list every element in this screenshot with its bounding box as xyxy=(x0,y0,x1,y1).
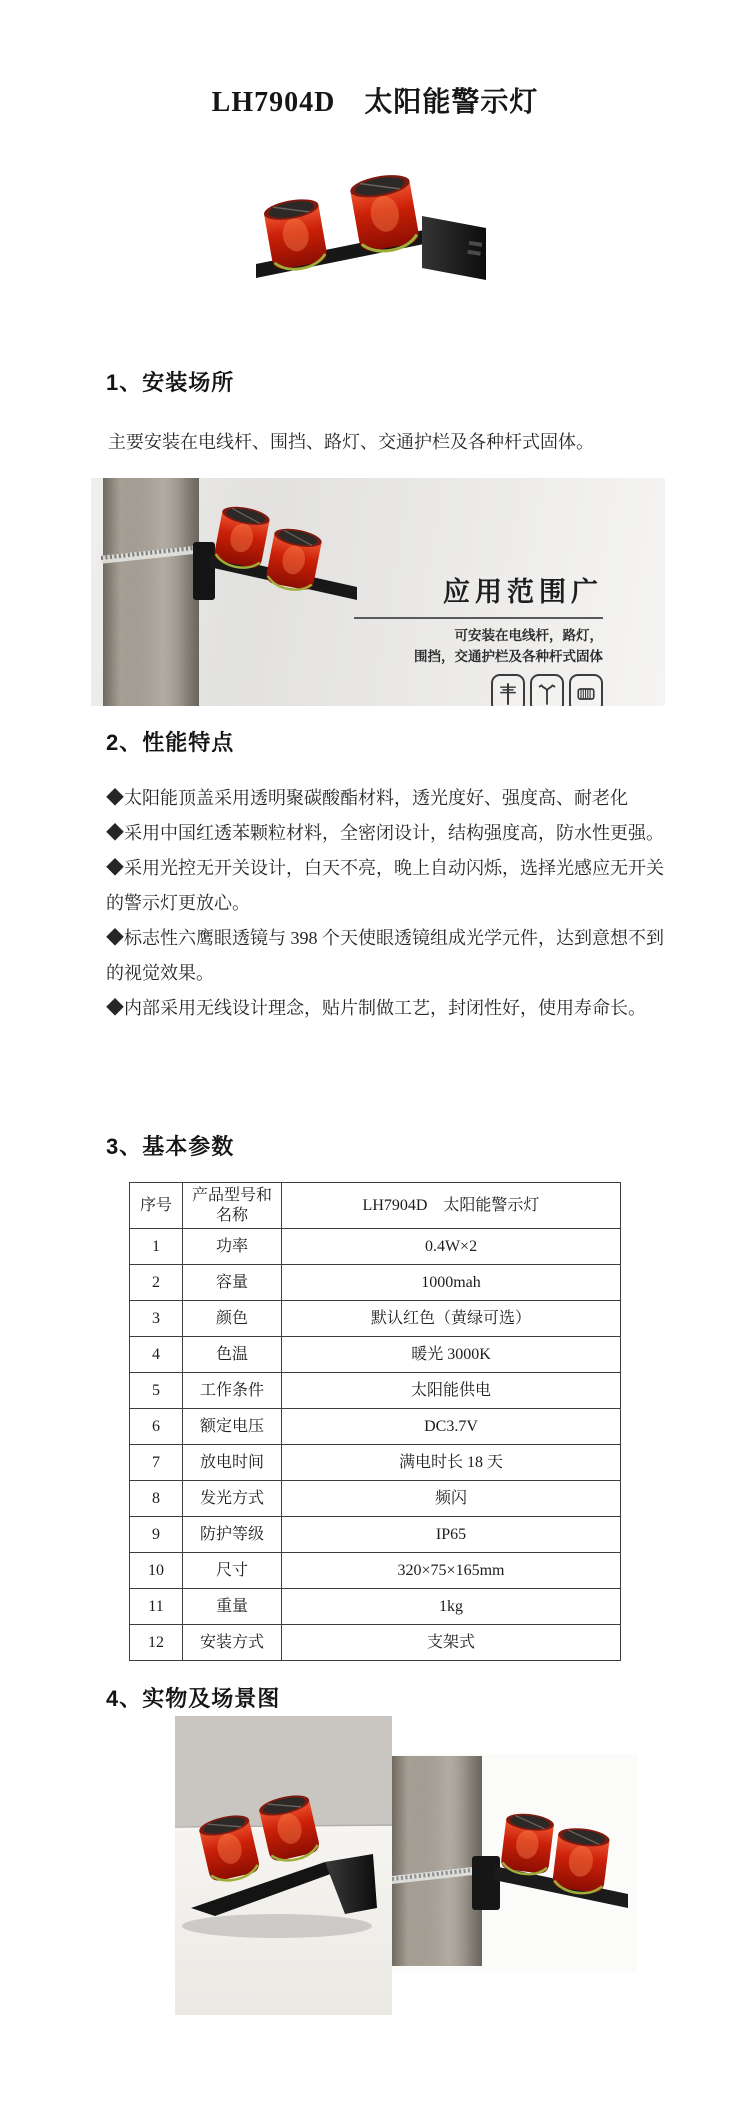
application-banner: 应用范围广 可安装在电线杆，路灯， 围挡，交通护栏及各种杆式固体 xyxy=(91,478,665,706)
cell-name: 发光方式 xyxy=(183,1481,282,1517)
product-on-pole-illustration xyxy=(392,1754,637,1973)
table-row: 6额定电压DC3.7V xyxy=(130,1409,621,1445)
cell-no: 8 xyxy=(130,1481,183,1517)
barrier-icon xyxy=(569,674,603,706)
cell-name: 颜色 xyxy=(183,1301,282,1337)
cell-no: 7 xyxy=(130,1445,183,1481)
product-photo-pole xyxy=(392,1754,637,1973)
cell-no: 1 xyxy=(130,1229,183,1265)
banner-line1: 可安装在电线杆，路灯， xyxy=(354,625,603,646)
product-photo-table xyxy=(175,1716,392,2015)
cell-no: 12 xyxy=(130,1625,183,1661)
cell-no: 2 xyxy=(130,1265,183,1301)
cell-no: 5 xyxy=(130,1373,183,1409)
page-title: LH7904D 太阳能警示灯 xyxy=(0,80,750,120)
feature-item: ◆太阳能顶盖采用透明聚碳酸酯材料，透光度好、强度高、耐老化 xyxy=(106,781,668,816)
header-model: LH7904D 太阳能警示灯 xyxy=(282,1183,621,1229)
cell-name: 尺寸 xyxy=(183,1553,282,1589)
feature-item: ◆内部采用无线设计理念，贴片制做工艺，封闭性好，使用寿命长。 xyxy=(106,991,668,1026)
cell-no: 4 xyxy=(130,1337,183,1373)
cell-value: DC3.7V xyxy=(282,1409,621,1445)
mounted-warning-light-illustration xyxy=(189,492,374,627)
table-row: 1功率0.4W×2 xyxy=(130,1229,621,1265)
table-row: 2容量1000mah xyxy=(130,1265,621,1301)
cell-no: 10 xyxy=(130,1553,183,1589)
table-header-row: 序号 产品型号和名称 LH7904D 太阳能警示灯 xyxy=(130,1183,621,1229)
cell-no: 9 xyxy=(130,1517,183,1553)
banner-heading: 应用范围广 xyxy=(354,570,603,609)
params-table: 序号 产品型号和名称 LH7904D 太阳能警示灯 1功率0.4W×2 2容量1… xyxy=(129,1182,621,1661)
product-sheet: LH7904D 太阳能警示灯 xyxy=(0,0,750,2120)
section1-heading: 1、安装场所 xyxy=(106,366,234,397)
hero-product-photo xyxy=(254,158,504,300)
banner-text-block: 应用范围广 可安装在电线杆，路灯， 围挡，交通护栏及各种杆式固体 xyxy=(354,570,603,706)
table-row: 5工作条件太阳能供电 xyxy=(130,1373,621,1409)
cell-no: 3 xyxy=(130,1301,183,1337)
cell-name: 重量 xyxy=(183,1589,282,1625)
section1-body: 主要安装在电线杆、围挡、路灯、交通护栏及各种杆式固体。 xyxy=(108,428,673,454)
cell-value: 满电时长 18 天 xyxy=(282,1445,621,1481)
table-row: 11重量1kg xyxy=(130,1589,621,1625)
cell-name: 防护等级 xyxy=(183,1517,282,1553)
feature-list: ◆太阳能顶盖采用透明聚碳酸酯材料，透光度好、强度高、耐老化 ◆采用中国红透苯颗粒… xyxy=(106,781,668,1026)
cell-value: 频闪 xyxy=(282,1481,621,1517)
section2-heading: 2、性能特点 xyxy=(106,726,234,757)
warning-light-illustration xyxy=(254,158,504,300)
table-row: 10尺寸320×75×165mm xyxy=(130,1553,621,1589)
cell-name: 工作条件 xyxy=(183,1373,282,1409)
section3-heading: 3、基本参数 xyxy=(106,1130,234,1161)
cell-value: 暖光 3000K xyxy=(282,1337,621,1373)
table-row: 7放电时间满电时长 18 天 xyxy=(130,1445,621,1481)
cell-value: IP65 xyxy=(282,1517,621,1553)
table-row: 4色温暖光 3000K xyxy=(130,1337,621,1373)
header-name: 产品型号和名称 xyxy=(183,1183,282,1229)
mounting-icons xyxy=(354,674,603,706)
feature-item: ◆标志性六鹰眼透镜与 398 个天使眼透镜组成光学元件，达到意想不到的视觉效果。 xyxy=(106,921,668,991)
cell-value: 默认红色（黄绿可选） xyxy=(282,1301,621,1337)
banner-divider xyxy=(354,617,603,619)
cell-value: 1000mah xyxy=(282,1265,621,1301)
cell-value: 0.4W×2 xyxy=(282,1229,621,1265)
section4-heading: 4、实物及场景图 xyxy=(106,1682,280,1713)
header-no: 序号 xyxy=(130,1183,183,1229)
street-lamp-icon xyxy=(530,674,564,706)
table-row: 12安装方式支架式 xyxy=(130,1625,621,1661)
cell-value: 320×75×165mm xyxy=(282,1553,621,1589)
cell-name: 功率 xyxy=(183,1229,282,1265)
cell-name: 放电时间 xyxy=(183,1445,282,1481)
table-row: 3颜色默认红色（黄绿可选） xyxy=(130,1301,621,1337)
cell-name: 色温 xyxy=(183,1337,282,1373)
cell-value: 太阳能供电 xyxy=(282,1373,621,1409)
table-row: 9防护等级IP65 xyxy=(130,1517,621,1553)
cell-name: 额定电压 xyxy=(183,1409,282,1445)
cell-value: 支架式 xyxy=(282,1625,621,1661)
cell-no: 11 xyxy=(130,1589,183,1625)
banner-line2: 围挡，交通护栏及各种杆式固体 xyxy=(354,646,603,667)
table-row: 8发光方式频闪 xyxy=(130,1481,621,1517)
product-on-table-illustration xyxy=(175,1716,392,2015)
feature-item: ◆采用中国红透苯颗粒材料，全密闭设计，结构强度高，防水性更强。 xyxy=(106,816,668,851)
cell-name: 安装方式 xyxy=(183,1625,282,1661)
feature-item: ◆采用光控无开关设计，白天不亮，晚上自动闪烁，选择光感应无开关的警示灯更放心。 xyxy=(106,851,668,921)
cell-no: 6 xyxy=(130,1409,183,1445)
utility-pole-icon xyxy=(491,674,525,706)
cell-value: 1kg xyxy=(282,1589,621,1625)
cell-name: 容量 xyxy=(183,1265,282,1301)
